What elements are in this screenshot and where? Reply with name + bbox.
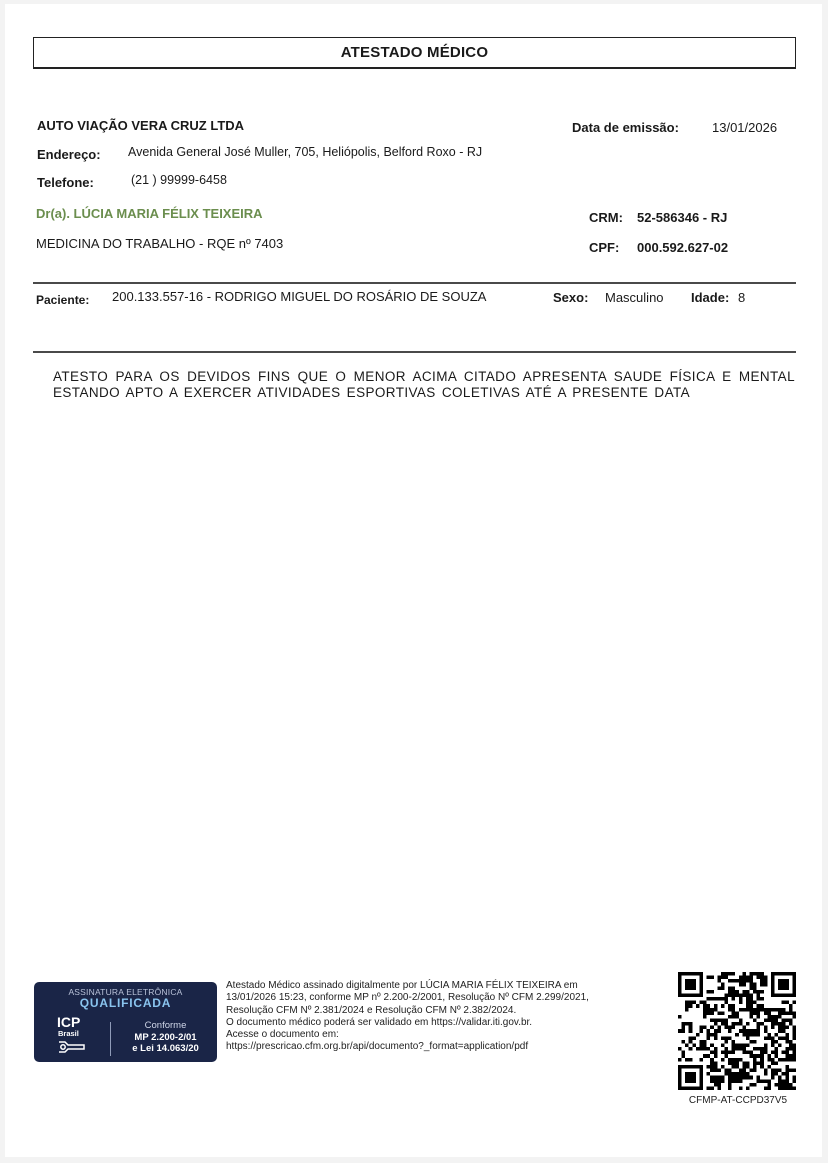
age-value: 8 bbox=[738, 290, 745, 305]
patient-value: 200.133.557-16 - RODRIGO MIGUEL DO ROSÁR… bbox=[112, 289, 486, 304]
cpf-value: 000.592.627-02 bbox=[637, 240, 728, 255]
issue-date-value: 13/01/2026 bbox=[712, 120, 777, 135]
patient-label: Paciente: bbox=[36, 293, 89, 307]
divider-bottom bbox=[33, 351, 796, 353]
document-title: ATESTADO MÉDICO bbox=[33, 37, 796, 69]
document-page: ATESTADO MÉDICO AUTO VIAÇÃO VERA CRUZ LT… bbox=[5, 4, 822, 1157]
icp-logo-brasil: Brasil bbox=[58, 1029, 79, 1038]
qr-code-id: CFMP-AT-CCPD37V5 bbox=[677, 1095, 799, 1106]
age-label: Idade: bbox=[691, 290, 729, 305]
key-icon bbox=[58, 1039, 86, 1055]
statement-text: ATESTO PARA OS DEVIDOS FINS QUE O MENOR … bbox=[53, 369, 795, 401]
address-value: Avenida General José Muller, 705, Helióp… bbox=[128, 145, 482, 159]
doctor-name: Dr(a). LÚCIA MARIA FÉLIX TEIXEIRA bbox=[36, 206, 263, 221]
signature-validation-link[interactable]: O documento médico poderá ser validado e… bbox=[226, 1017, 589, 1029]
badge-conf2: MP 2.200-2/01 bbox=[118, 1032, 213, 1044]
badge-conf3: e Lei 14.063/20 bbox=[118, 1043, 213, 1055]
icp-brasil-badge: ASSINATURA ELETRÔNICA QUALIFICADA ICP Br… bbox=[34, 982, 217, 1062]
clinic-name: AUTO VIAÇÃO VERA CRUZ LTDA bbox=[37, 118, 244, 133]
statement-line: ATESTO PARA OS DEVIDOS FINS QUE O MENOR … bbox=[53, 369, 795, 385]
badge-conformity: Conforme MP 2.200-2/01 e Lei 14.063/20 bbox=[118, 1020, 213, 1055]
cpf-label: CPF: bbox=[589, 240, 619, 255]
signature-line: 13/01/2026 15:23, conforme MP nº 2.200-2… bbox=[226, 992, 589, 1004]
crm-label: CRM: bbox=[589, 210, 623, 225]
signature-line: Acesse o documento em: bbox=[226, 1029, 589, 1041]
qr-code-icon bbox=[678, 972, 796, 1090]
phone-value: (21 ) 99999-6458 bbox=[131, 173, 227, 187]
divider-top bbox=[33, 282, 796, 284]
signature-document-link[interactable]: https://prescricao.cfm.org.br/api/docume… bbox=[226, 1041, 589, 1053]
icp-logo-text: ICP bbox=[57, 1016, 80, 1029]
badge-conf1: Conforme bbox=[118, 1020, 213, 1032]
sex-label: Sexo: bbox=[553, 290, 588, 305]
doctor-specialty: MEDICINA DO TRABALHO - RQE nº 7403 bbox=[36, 236, 283, 251]
signature-info: Atestado Médico assinado digitalmente po… bbox=[226, 980, 589, 1054]
phone-label: Telefone: bbox=[37, 175, 94, 190]
signature-line: Atestado Médico assinado digitalmente po… bbox=[226, 980, 589, 992]
crm-value: 52-586346 - RJ bbox=[637, 210, 727, 225]
statement-line: ESTANDO APTO A EXERCER ATIVIDADES ESPORT… bbox=[53, 385, 795, 401]
signature-line: Resolução CFM Nº 2.381/2024 e Resolução … bbox=[226, 1005, 589, 1017]
badge-line2: QUALIFICADA bbox=[34, 996, 217, 1010]
address-label: Endereço: bbox=[37, 147, 101, 162]
badge-divider bbox=[110, 1022, 111, 1056]
issue-date-label: Data de emissão: bbox=[572, 120, 679, 135]
sex-value: Masculino bbox=[605, 290, 664, 305]
